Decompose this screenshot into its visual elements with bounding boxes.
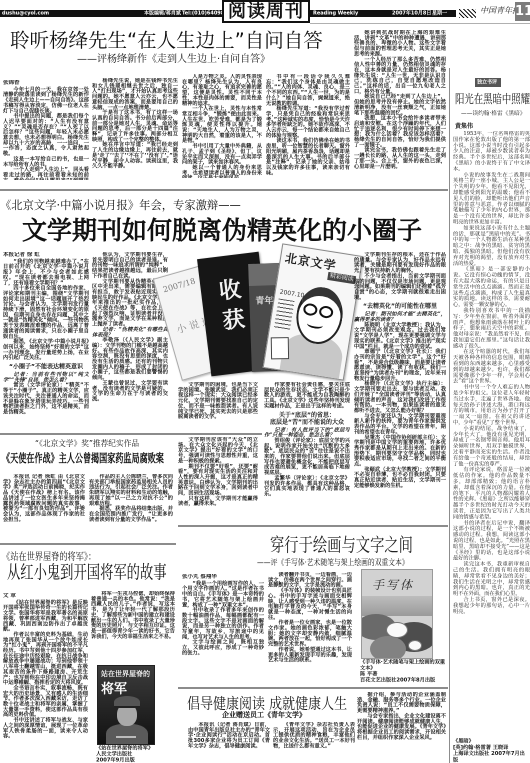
column-text: 据介绍，参与活动的企业涵盖制造、金融、服务等多个行业。一位企业负责人说：“员工不… [357,692,446,740]
paragraph: 合上书页，窗外已是深夜。我想起少年的那句话，心中一片明亮。 [453,597,530,615]
decorative-slashes-icon [459,9,476,18]
column-text: 她讲到抗战时期在上海的艰难生活，讲到“文革”中的种种遭遇，讲到那些善良的、卑微的… [354,30,446,169]
paragraph: 将军一生戎马倥偬，却始终保持着普通一兵的本色。他常说：“我是西藏人民的儿子。”作… [91,591,175,639]
painting-article-column-2: 读者翻开书页，一边看画，一边读文，仿佛在两个世界之间穿行。画是静默的文字，文字是… [268,572,352,684]
paragraph: 不少与会者指出，当前文学期刊面临的问题，不仅仅是市场问题，更是观念问题。如果期刊… [354,273,446,300]
column-text: 将军一生戎马倥偬，却始终保持着普通一兵的本色。他常说：“我是西藏人民的儿子。”作… [91,591,175,639]
reading-article-column-2: 《青年文学》杂志社负责人表示，开展这项活动，旨在为企业员工提供优质的精神食粮，丰… [273,722,355,763]
paragraph: 一个人经历了那么多苦难，仍然相信人性中善的力量，仍然相信灵魂的存在，这本身就是对… [354,57,446,94]
caption-text: 《黑暗》 [英]约翰·格雷著 王晓译 上海译文出版社 2007年7月出版 [453,738,530,763]
section-subheading: 底层是“苦”而不能说的大众 [264,418,350,425]
paragraph: 书中引用了大量中外典籍，从孔子、孟子到《圣经》、但丁，议论平实而又深刻，没有一点… [182,144,262,165]
lotus-flower [408,640,422,651]
header-bar-right: Reading Weekly 2007年10月8日 星期一 [310,10,456,17]
right-column-divider [449,68,450,763]
middle-article-headline: 文学期刊如何脱离伪精英化的小圈子 [22,218,422,243]
interview-answer: 贺绍俊（评论家）：底层文学的兴起，说明作家开始关注“沉默的大多数”。底层民众的“… [264,438,350,475]
review-book-info: 《黑暗》 [英]约翰·格雷著 王晓译 上海译文出版社 2007年7月出版 [453,738,530,763]
top-article-column-5: 她讲到抗战时期在上海的艰难生活，讲到“文革”中的种种遭遇，讲到那些善良的、卑微的… [354,30,446,180]
book-title-line2: 将军 [101,678,127,697]
paragraph: 一个人在世上，灵性与本性常常互相斗争，“锻炼”便由此而来。人生在世，吃苦受难，都… [182,106,262,143]
column-text: 书中有一段话令我久久难忘：“我们这个身体是由灵魂做主的。”“人的肉体、灵魂、良心… [266,74,350,176]
column-text: 作品的主人公陈晓兰，曾多次向有关部门举报国家药监局相关人员的违法行为，引起社会广… [89,474,173,522]
paragraph: 她讲到抗战时期在上海的艰难生活，讲到“文革”中的种种遭遇，讲到那些善良的、卑微的… [354,30,446,57]
cover-footer-line [116,736,136,738]
paragraph: 如果说这部小说有什么主题的话，那就是“黑暗中的光”。书中的每一个人物都生活在某种… [453,225,530,266]
paragraph: 《站在世界屋脊的将军》是反映开国将军张国华传奇一生的长篇传记文学。张国华将军是我… [3,600,88,632]
interview-answer: 雷达（文学评论家）：“精英”不等于“小圈子”。真正的精英文学，应该关注时代，关注… [3,383,89,415]
painting-article-subtitle: ——评《手写体·艺术随笔与架上绘画的双重文本》 [257,559,409,567]
interview-answer: 章德宁（《北京文学》社长）：我们办刊的宗旨是“好看的文学”。这个“好看”，不是迎… [354,349,446,381]
paragraph: 作家要有社会责任感，要关注底层民众的生存状态。文学不能只是少数人的游戏，更不能成… [264,382,350,409]
military-cap-icon [114,696,140,708]
paragraph: 小说的故事发生在二战期间英格兰的一座小城，主人公是一个失明的少年。他看不见阳光，… [453,172,530,225]
paragraph: 本报讯 记者 徐虹 由《北京文学》杂志社主办的第四届“《北京文学》奖”评选活动日… [3,474,85,522]
paragraph: 书中提出的问题，都是我们每个人迟早要面对的：“人生有没有意义？”“灵魂是否存在？… [3,114,89,157]
column-text: 人是万物之灵。人的灵性表现在哪里？杨绛先生认为，人有良心，有羞耻之心，有追求完善… [182,74,262,178]
section-english-title: Reading Weekly [313,10,358,17]
editor-email-link[interactable]: dushu@cyol.com [2,10,49,17]
top-article-column-1: 张锦香 今年七月的一天，我在京郊一处清静的院落里读到了杨绛先生的新作《走到人生边… [3,80,89,180]
section-heading: 关于“底层”的省思： [264,411,350,418]
middle-article-column-1: 本报记者 徐 虹 “我们的刊物越来越难办了。”在日前召开的《北京文学·中篇小说月… [3,252,89,430]
issue-weekday: 星期一 [432,10,447,17]
interview-question: 记者：有人批评当下的“底层写作”只是一种姿态，您怎么看？ [264,427,350,438]
review-body-column: 1953年，一位名叫格雷的英国作家在伦敦出版了他的第一部小说。这部小说当时没有引… [453,131,530,736]
general-article-kicker: 《站在世界屋脊的将军》： [2,551,96,561]
caption-text: 《手写体·艺术随笔与架上绘画的双重文本》 陈 平著 百花文艺出版社2007年8月… [360,659,447,683]
column-text: 文学期刊的困境，也是当下文学的困境。张颐武说，我们必须正视这样一个现实：大众阅读… [178,382,258,419]
column-text: 张小丸 蔡翔华 “我是一个用绘画写作的人，一个用文字作画的人。”这是作者在书中的… [182,574,264,656]
painting-book-cover: 手写体 [361,569,433,659]
paragraph: 书的译者在后记中说，翻译这部小说的过程，是一个不断被感动的过程。我想，阅读这部小… [453,520,530,561]
paragraph: 于是有了这本书，有了这样一场认真的自问自答。书分前后两部分，前一部分是她对人生、… [92,110,178,142]
angel-article-column-1: 本报讯 记者 徐虹 由《北京文学》杂志社主办的第四届“《北京文学》奖”评选活动日… [3,474,85,538]
lotus-leaf [370,636,406,659]
column-text: 文学期刊应该有“大众”的立场。在大众文化兴起的今天，《北京文学》提出“好看的文学… [178,437,258,507]
cover-title: 北京文学 [284,249,338,274]
painting-article-column-1: 张小丸 蔡翔华 “我是一个用绘画写作的人，一个用文字作画的人。”这是作者在书中的… [182,574,264,684]
interview-answer: 陈晓明（北京大学教授）：我认为，文学期刊必须改变观念。过去我们常说“文学是人学”… [354,322,446,349]
paragraph: 读完全书，我仿佛也跟着先生走了一趟长长的路，从人生的这一头，走到了那一头。合上书… [354,148,446,169]
column-text: 本报记者 徐 虹 “我们的刊物越来越难办了。”在日前召开的《北京文学·中篇小说月… [3,252,89,415]
caption-date: 2007年9月出版 [96,757,176,763]
section-heading: “去精英化”的可能性在哪里 [354,303,446,310]
cover-text-lines [274,298,294,330]
column-text: 他认为，文学期刊要生存，首先要明白自己的读者是谁。有的刊物一味追求所谓的“纯粹”… [92,252,168,402]
paragraph: 我想，这本小书会给许多读者带来启迪和安慰。在这个浮躁的年代，人们忙于追逐名利，很… [354,116,446,148]
reading-article-subtitle: 企业赠送员工《青年文学》 [222,712,306,719]
paragraph: 杨绛先生写道：“我没有学过哲学，只是凭自己的经验和常识来思考。”这种诚实的态度，… [266,106,350,138]
paragraph: 我特别喜欢书中的一段描写：少年坐在窗前，听着外面的雨声，他想象雨滴落在树叶上的样… [453,308,530,349]
column-text: 杨绛先生说，她是在钱钟书先生和女儿钱瑗相继去世之后，独自一人“打扫现场”，才开始… [92,78,178,169]
reading-article-headline: 倡导健康阅读 成就健康人生 [187,697,347,712]
paragraph: 文学期刊生存的根本，还在于作品的质量。与会专家认为，好作品永远有读者，关键是期刊… [354,252,446,273]
paragraph: 在这个喧嚣的时代，我们每天被各种各样的信息包围，眼睛看到的东西越来越多，心里感受… [453,349,530,384]
paragraph: 与会专家指出，企业文化建设离不开阅读。健康阅读能够成就健康人生，也能促进企业的健… [357,713,446,740]
column-text: 文 章 《站在世界屋脊的将军》是反映开国将军张国华传奇一生的长篇传记文学。张国华… [3,593,88,739]
paragraph: 作者以丰富的史料为基础，生动地再现了张国华从一个放牛娃成长为“红小鬼”，再到开国… [3,632,88,686]
figure-coat [106,724,148,745]
column-text: 1953年，一位名叫格雷的英国作家在伦敦出版了他的第一部小说。这部小说当时没有引… [453,131,530,615]
reading-article-column-3: 据介绍，参与活动的企业涵盖制造、金融、服务等多个行业。一位企业负责人说：“员工不… [357,692,446,763]
paragraph: 四十多位来自全国各地的作家、评论家和期刊主编，围绕“文学期刊如何走出困境”这一话… [3,286,89,340]
review-subtitle: ——读约翰·格雷《黑暗》 [461,110,525,116]
column-text: 《青年文学》杂志社负责人表示，开展这项活动，旨在为企业员工提供优质的精神食粮，丰… [273,722,355,749]
general-book-cover: 站在世界屋脊的 将军 [97,665,155,745]
paragraph: 文字与绘画之间，既相互独立，又彼此呼应，形成了一种奇妙的张力。 [182,640,264,656]
general-article-column-1: 文 章 《站在世界屋脊的将军》是反映开国将军张国华传奇一生的长篇传记文学。张国华… [3,593,88,763]
paragraph: 读完这本书，我重新审视自己的生活。我们拥有明亮的眼睛，却常常看不见身边的美好；我… [453,562,530,597]
issue-date: 2007年10月8日 [392,10,431,17]
angel-article-column-2: 作品的主人公陈晓兰，曾多次向有关部门举报国家药监局相关人员的违法行为，引起社会广… [89,474,173,538]
paragraph: 据悉，获奖作品将结集出版，并在全国范围内推广发行，“让更多的读者读到有分量的文学… [89,506,173,522]
reading-article-column-1: 本报讯（记者 蒋肖斌）日前，由中国青年出版总社主办的“青年文学·企业阅读行”活动… [188,722,270,763]
painting-book-caption: 《手写体·艺术随笔与架上绘画的双重文本》 陈 平著 百花文艺出版社2007年8月… [360,659,447,685]
review-headline: 阳光在黑暗中照耀 [455,94,530,106]
interview-answer: 李敬泽（《人民文学》副主编）：文学刊物的门槛不是越高越好。有些作品故作高深，其实… [92,338,168,381]
top-article-column-3: 人是万物之灵。人的灵性表现在哪里？杨绛先生认为，人有良心，有羞耻之心，有追求完善… [182,74,262,178]
column-label-badge: 独立书评 [475,78,501,87]
paragraph: 《黑暗》是一部安静的小说。它没有惊心动魄的情节，没有大起大落的命运，有的只是日常… [453,267,530,308]
cover-issue: 2007/18 [162,277,196,295]
author-name: 文 章 [3,593,88,598]
paragraph: 与会专家还认为，文学期刊要重视新人新作的扶持，要为青年作家提供发表作品的平台。文… [354,413,446,434]
column-text: 读者翻开书页，一边看画，一边读文，仿佛在两个世界之间穿行。画是静默的文字，文字是… [268,572,352,663]
paragraph: 书中有一段话令我久久难忘：“我们这个身体是由灵魂做主的。”“人的肉体、灵魂、良心… [266,74,350,106]
paragraph: 他认为，文学期刊要生存，首先要明白自己的读者是谁。有的刊物一味追求所谓的“纯粹”… [92,252,168,279]
general-article-column-2: 将军一生戎马倥偬，却始终保持着普通一兵的本色。他常说：“我是西藏人民的儿子。”作… [91,591,175,661]
review-author: 黄集伟 [455,123,473,129]
interview-answer: 杨晓升（《北京文学》执行主编）：文学期刊要走出去，要与读者互动。我们开展了“全国… [354,381,446,413]
column-text: 本报讯 记者 徐虹 由《北京文学》杂志社主办的第四届“《北京文学》奖”评选活动日… [3,474,85,522]
middle-article-column-3b: 文学期刊应该有“大众”的立场。在大众文化兴起的今天，《北京文学》提出“好看的文学… [178,437,258,522]
paragraph: 作品的主人公陈晓兰，曾多次向有关部门举报国家药监局相关人员的违法行为，引起社会广… [89,474,173,506]
column-text: 张锦香 今年七月的一天，我在京郊一处清静的院落里读到了杨绛先生的新作《走到人生边… [3,80,89,180]
top-article-column-4: 书中有一段话令我久久难忘：“我们这个身体是由灵魂做主的。”“人的肉体、灵魂、良心… [266,74,350,178]
book-publisher: 上海译文出版社 2007年7月出版 [453,751,530,763]
author-name: 张小丸 蔡翔华 [182,574,264,579]
column-text: 作家要有社会责任感，要关注底层民众的生存状态。文学不能只是少数人的游戏，更不能成… [264,382,350,497]
painting-background [362,596,432,616]
paragraph: 全书语言朴实，叙事流畅，既有宏大的历史场景，又有感人的生活细节。作者多次深入西藏… [3,685,88,717]
section-heading: “小圈子”不能表达精英意识 [3,363,89,370]
paragraph: 人是万物之灵。人的灵性表现在哪里？杨绛先生认为，人有良心，有羞耻之心，有追求完善… [182,74,262,106]
header-divider [310,23,530,24]
paragraph: 本报讯（记者 蒋肖斌）日前，由中国青年出版总社主办的“青年文学·企业阅读行”活动… [188,722,270,749]
paragraph: 书中另一个令人难忘的人物是少年的祖父。这位老人年轻时当过水手，走遍了世界各地。他… [453,385,530,426]
magazine-covers-photo: 2007/18 小说选刊 收 获 青年文学 北京文学 精彩阅读 2007.10 [166,249,356,381]
interview-answer: 吴秉杰（中国作协创研部主任）：文学期刊是中国文学的重要阵地，许多优秀作家都是从期… [354,435,446,467]
middle-article-bottom-divider [178,525,448,527]
paragraph: 书中收录了作者多年来创作的数十幅油画作品，每幅画都配有一段文字。这些文字不是对画… [182,608,264,640]
caricature-book [271,337,289,359]
paragraph: “我是一个用绘画写作的人，一个用文字作画的人。”这是作者在书中的自白。《手写体》… [182,581,264,608]
paragraph: 她说自己已经“走到了人生边上”，但她的思考并没有停止。她的文字依然清新明净，没有… [354,94,446,115]
paragraph: 《青年文学》杂志社负责人表示，开展这项活动，旨在为企业员工提供优质的精神食粮，丰… [273,722,355,749]
paragraph: 1953年，一位名叫格雷的英国作家在伦敦出版了他的第一部小说。这部小说当时没有引… [453,131,530,172]
cover-title-char: 获 [221,302,247,335]
caption-publisher: 百花文艺出版社2007年8月出版 [360,677,447,683]
caption-title: 《手写体·艺术随笔与架上绘画的双重文本》 [360,659,447,671]
cover-title-char: 收 [217,272,243,305]
book-cover-title: 手写体 [372,576,414,593]
paragraph: 只有这样，文学期刊才能赢得读者，赢得未来。 [178,496,258,507]
paragraph: 一个人走到“人生边上”，回头看看走过的路，再往前看看未知的前方，难免会问“我从哪… [3,167,89,180]
paragraph: 文学期刊应该有“大众”的立场。在大众文化兴起的今天，《北京文学》提出“好看的文学… [178,437,258,464]
paragraph: 书中还讲述了将军与战友、与家人之间的深厚情谊，展现了一位革命军人铁骨柔肠的一面，… [3,718,88,739]
paragraph: 小说的结尾，战争结束了，少年长大了。他没有重见光明，却成了一名钢琴调音师。他用耳… [453,426,530,467]
paragraph: 《手写体》的装帧设计也别具匠心。书中的手写字迹与画面交相辉映，让人感受到一种久违… [268,588,352,620]
middle-article-column-5: 文学期刊生存的根本，还在于作品的质量。与会专家认为，好作品永远有读者，关键是期刊… [354,252,446,522]
column-label: 独立书评 [477,78,497,87]
paragraph: 作者是一位女画家，也是一位散文作家。她的画色彩浓郁，笔触大胆；她的文字却安静内敛… [268,620,352,647]
interview-answer: 张颐武（北京大学教授）：文学期刊不必妄自菲薄，也不必自我封闭。只要真正贴近读者、… [354,467,446,488]
cover-tag: 精彩阅读 [327,272,356,284]
middle-article-kicker: 《北京文学·中篇小说月报》年会，专家激辩—— [0,200,241,211]
editor-name: 本版编辑/蒋肖斌 [144,10,181,17]
painting-article-headline: 穿行于绘画与文字之间 [270,537,413,556]
top-article-column-2: 杨绛先生说，她是在钱钟书先生和女儿钱瑗相继去世之后，独自一人“打扫现场”，才开始… [92,78,178,180]
top-article-headline: 聆听杨绛先生“在人生边上”自问自答 [10,31,323,51]
paragraph: 读者翻开书页，一边看画，一边读文，仿佛在两个世界之间穿行。画是静默的文字，文字是… [268,572,352,588]
paragraph: 她在序言中写道：“我已经走到了人生的边缘边缘上，再往前去，就是‘走了’‘去了’‘… [92,142,178,169]
column-text: 本报讯（记者 蒋肖斌）日前，由中国青年出版总社主办的“青年文学·企业阅读行”活动… [188,722,270,749]
paragraph: “我们的刊物越来越难办了。”在日前召开的《北京文学·中篇小说月报》年会上，不少与… [3,259,89,286]
section-title: 阅读周刊 [222,0,310,23]
paragraph: 期刊不仅要“好看”，还要“耐看”，要有对现实生活的关注和对人性的深入开掘，这才是… [178,464,258,496]
newspaper-page: dushu@cyol.com 本版编辑/蒋肖斌 Tel:(010)6409839… [0,0,530,763]
middle-article-column-3: 文学期刊的困境，也是当下文学的困境。张颐武说，我们必须正视这样一个现实：大众阅读… [178,382,258,431]
general-article-headline: 从红小鬼到开国将军的故事 [7,565,167,583]
paragraph: 据悉，《北京文学·中篇小说月报》创刊以来，始终坚持“好看的文学”这一办刊理念，发… [3,339,89,360]
top-article-subtitle: ——评杨绛新作《走到人生边上·自问自答》 [77,55,270,65]
byline: 本报记者 徐 虹 [3,252,89,257]
paragraph: 她以一个普通人的身份来思考，也希望读者以普通人的身份来阅读。这正是大家的风范。 [182,165,262,178]
paragraph: 王蒙也曾说过，文学要有读者，没有读者的文学是可疑的。文学的生命力在于与读者的交流… [92,380,168,401]
interview-question: 记者：期刊如何才能“去精英化”，赢得更多的读者？ [354,312,446,323]
paragraph: 有评论家说，格雷是一位被低估的作家。他的作品数量不多，却部部精致；他的语言朴素，… [453,467,530,520]
paragraph: 据介绍，参与活动的企业涵盖制造、金融、服务等多个行业。一位企业负责人说：“员工不… [357,692,446,713]
paragraph: 杨绛先生说，她是在钱钟书先生和女儿钱瑗相继去世之后，独自一人“打扫现场”，才开始… [92,78,178,110]
paragraph: 今年七月的一天，我在京郊一处清静的院落里读到了杨绛先生的新作《走到人生边上——自… [3,87,89,114]
general-book-caption: 《站在世界屋脊的将军》 人民文学出版社 2007年9月出版 [96,745,176,763]
interview-answer: 孟繁华（评论家）：《北京文学》刊发的许多作品，都具有这种品格，它们真实地表现了普… [264,475,350,496]
angel-article-headline: 《天使在作战》主人公曾揭国家药监局腐败案 [2,452,164,463]
angel-article-kicker: “《北京文学》奖”推荐纪实作品 [35,440,139,448]
middle-article-column-4: 作家要有社会责任感，要关注底层民众的生存状态。文学不能只是少数人的游戏，更不能成… [264,382,350,522]
paragraph: 读这本书，我们仿佛坐在她的书房里，听一位智慧的长者聊天。窗外阳光明媚，屋内茶香袅… [266,138,350,175]
author-name: 张锦香 [3,80,89,85]
angel-article-divider [0,543,176,545]
caption-text: 《站在世界屋脊的将军》 人民文学出版社 2007年9月出版 [96,745,176,763]
paragraph: 作者说，她希望通过这本书，让更多的人重新发现手写的乐趣，发现艺术与生活的联系。 [268,647,352,663]
paragraph: 文学期刊的困境，也是当下文学的困境。张颐武说，我们必须正视这样一个现实：大众阅读… [178,382,258,419]
middle-article-divider [0,433,262,435]
page-number-badge: 11 [515,2,530,21]
painting-article-divider [178,687,448,689]
column-text: 文学期刊生存的根本，还在于作品的质量。与会专家认为，好作品永远有读者，关键是期刊… [354,252,446,488]
top-article-divider [0,189,448,191]
newspaper-logo: 中国青年报 [480,6,520,16]
lotus-flower [386,622,408,638]
header-bar-left: dushu@cyol.com 本版编辑/蒋肖斌 Tel:(010)6409839… [0,10,222,17]
